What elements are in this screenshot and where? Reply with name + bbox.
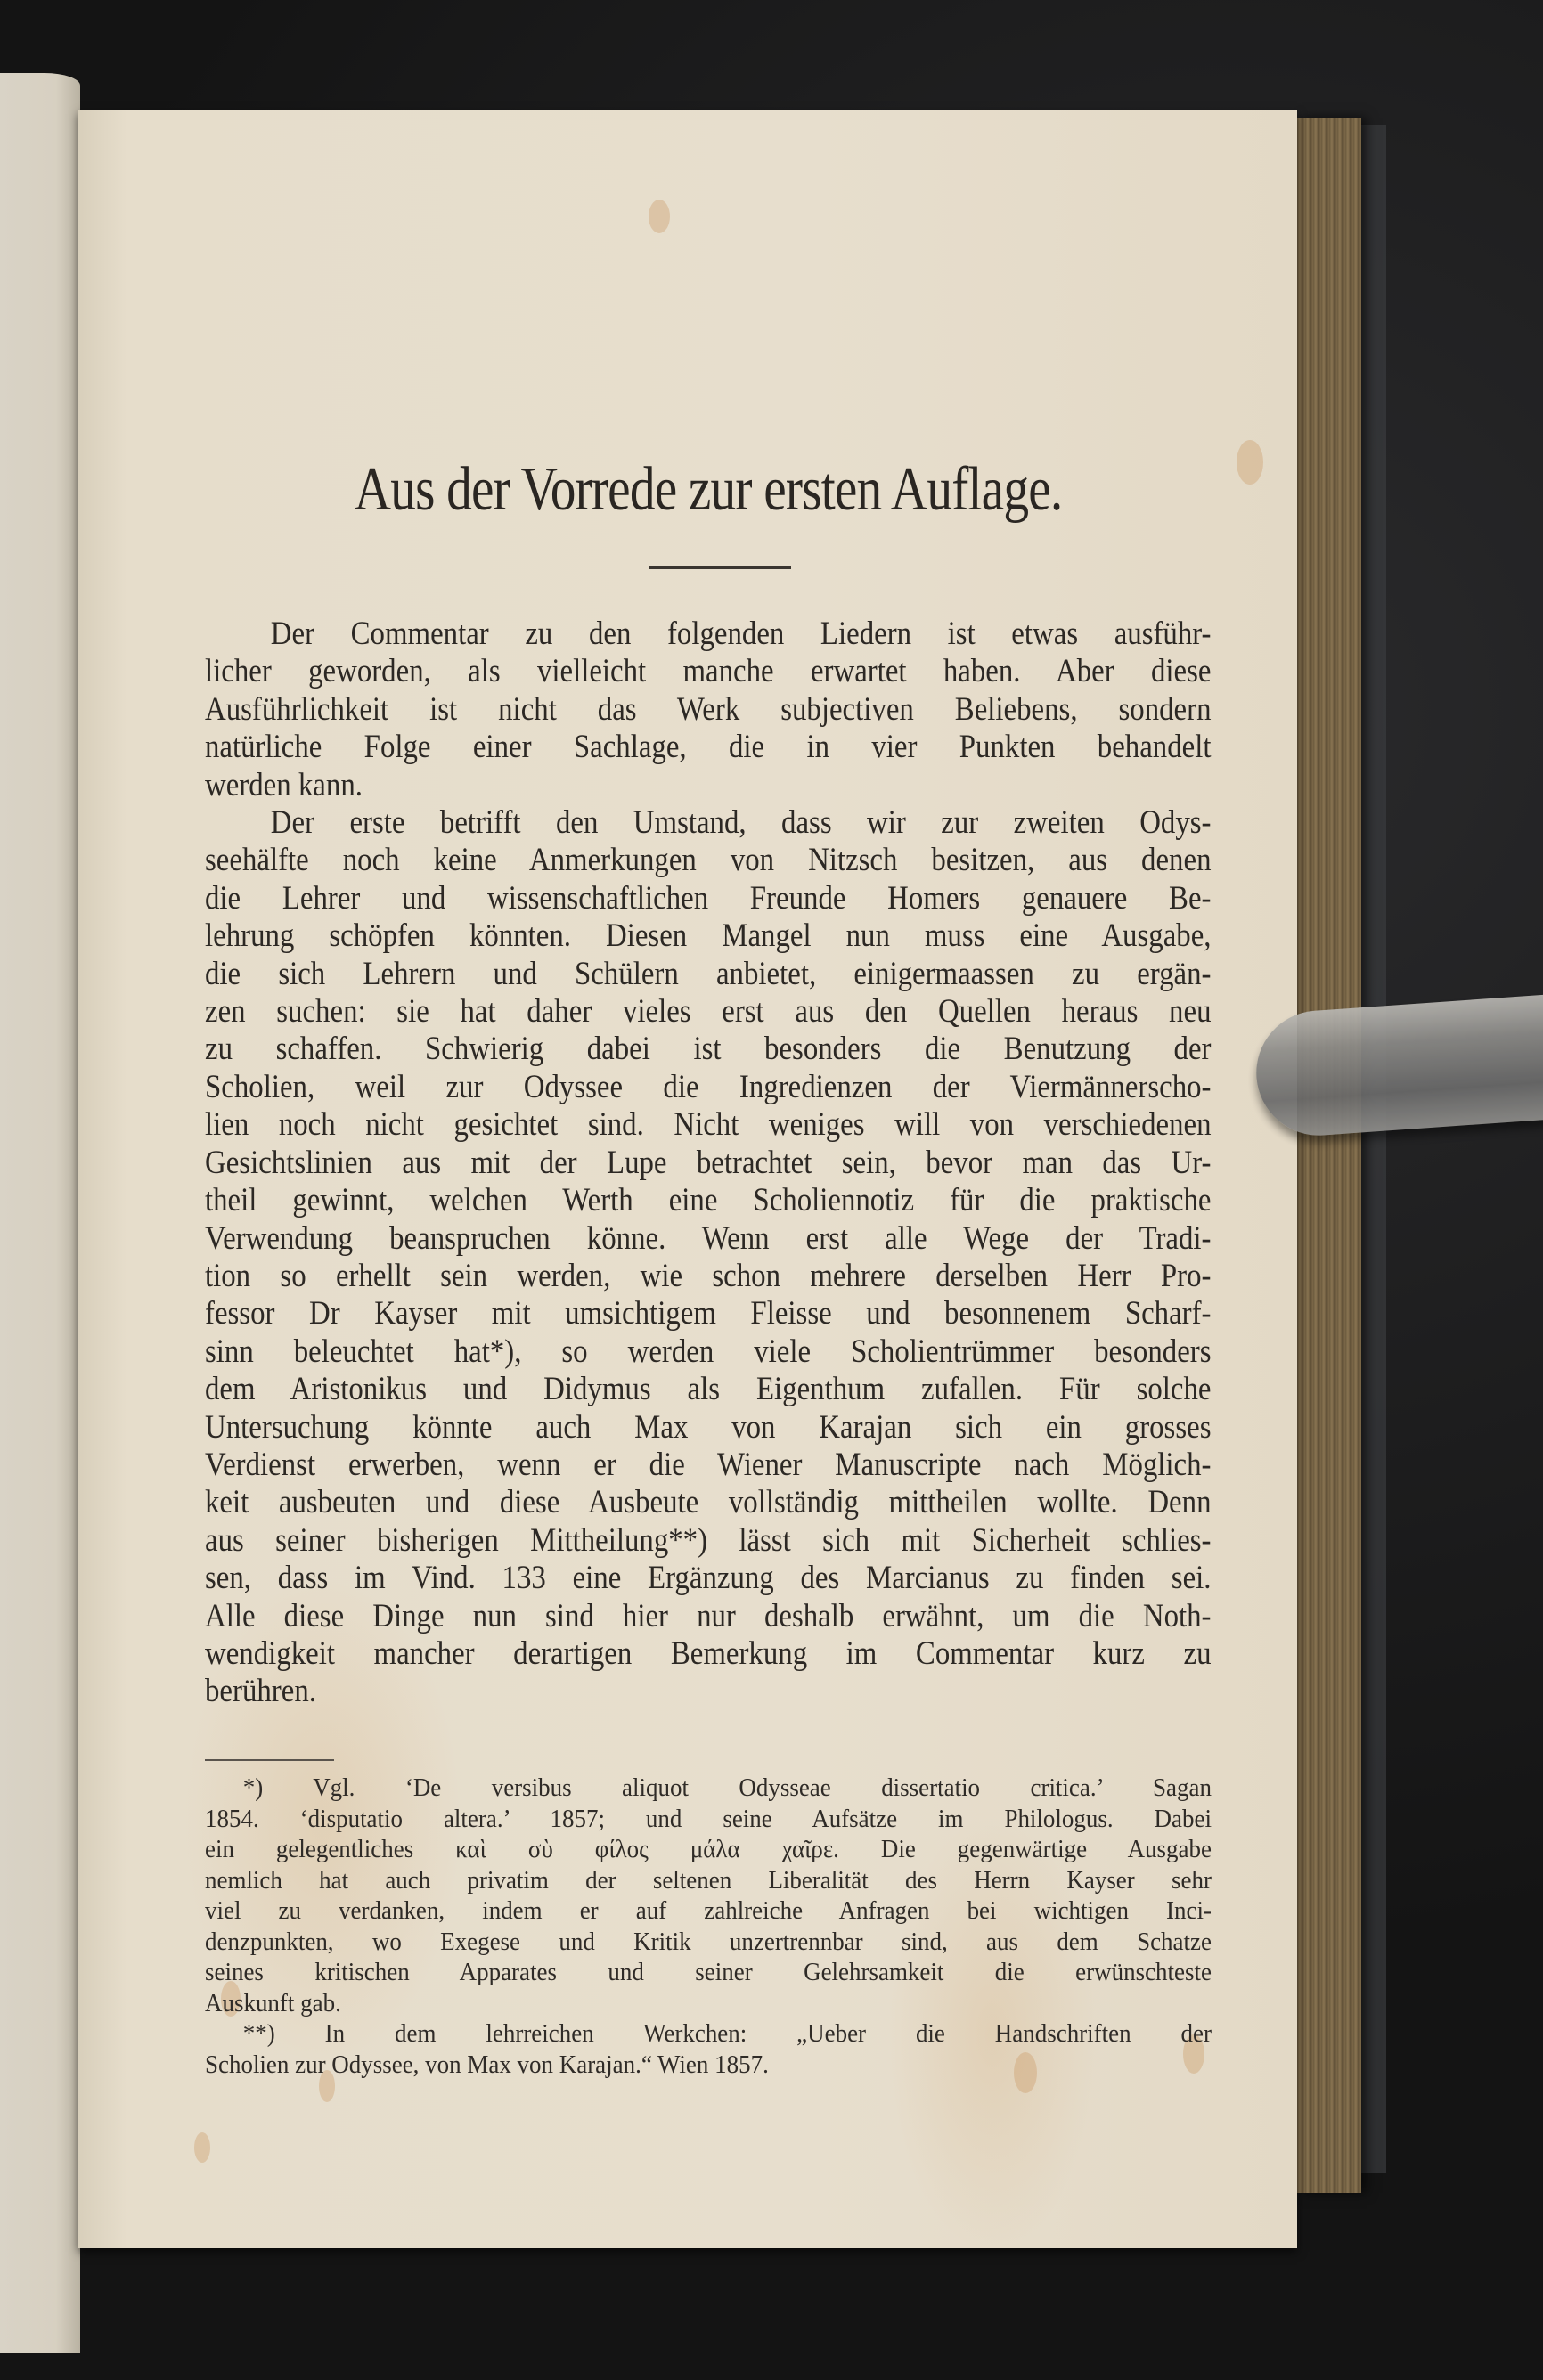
page-title: Aus der Vorrede zur ersten Auflage. (296, 454, 1122, 526)
text-line: zen suchen: sie hat daher vieles erst au… (205, 992, 1212, 1030)
text-line: sen, dass im Vind. 133 eine Ergänzung de… (205, 1559, 1212, 1596)
text-line: Alle diese Dinge nun sind hier nur desha… (205, 1597, 1212, 1634)
text-line: Der Commentar zu den folgenden Liedern i… (205, 615, 1212, 652)
text-line: keit ausbeuten und diese Ausbeute vollst… (205, 1483, 1212, 1520)
footnote-line: Scholien zur Odyssee, von Max von Karaja… (205, 2050, 1212, 2081)
text-line: lien noch nicht gesichtet sind. Nicht we… (205, 1105, 1212, 1143)
text-line: Gesichtslinien aus mit der Lupe betracht… (205, 1144, 1212, 1181)
text-line: lehrung schöpfen könnten. Diesen Mangel … (205, 917, 1212, 954)
text-line: dem Aristonikus und Didymus als Eigenthu… (205, 1370, 1212, 1407)
footnote-line: denzpunkten, wo Exegese und Kritik unzer… (205, 1927, 1212, 1958)
page-holder-spatula (1253, 995, 1543, 1140)
text-line: zu schaffen. Schwierig dabei ist besonde… (205, 1030, 1212, 1067)
text-line: aus seiner bisherigen Mittheilung**) läs… (205, 1521, 1212, 1559)
footnote-line: ein gelegentliches καὶ σὺ φίλος μάλα χαῖ… (205, 1834, 1212, 1865)
facing-page-edge (0, 73, 80, 2353)
footnote-line: seines kritischen Apparates und seiner G… (205, 1957, 1212, 1988)
footnote-line: **) In dem lehrreichen Werkchen: „Ueber … (205, 2018, 1212, 2050)
foxing-stain (1237, 440, 1263, 485)
text-line: fessor Dr Kayser mit umsichtigem Fleisse… (205, 1294, 1212, 1332)
text-line: Verwendung beanspruchen könne. Wenn erst… (205, 1219, 1212, 1257)
page-fore-edge (1297, 118, 1361, 2193)
footnotes: *) Vgl. ‘De versibus aliquot Odysseae di… (205, 1773, 1212, 2080)
text-line: theil gewinnt, welchen Werth eine Scholi… (205, 1181, 1212, 1219)
text-line: berühren. (205, 1672, 1212, 1709)
foxing-stain (194, 2132, 210, 2163)
footnote-rule (205, 1759, 334, 1761)
text-line: werden kann. (205, 766, 1212, 803)
footnote-line: *) Vgl. ‘De versibus aliquot Odysseae di… (205, 1773, 1212, 1804)
preface-body: Der Commentar zu den folgenden Liedern i… (205, 615, 1212, 1710)
text-line: die sich Lehrern und Schülern anbietet, … (205, 955, 1212, 992)
text-line: licher geworden, als vielleicht manche e… (205, 652, 1212, 689)
text-line: tion so erhellt sein werden, wie schon m… (205, 1257, 1212, 1294)
text-line: Verdienst erwerben, wenn er die Wiener M… (205, 1446, 1212, 1483)
footnote-line: 1854. ‘disputatio altera.’ 1857; und sei… (205, 1804, 1212, 1835)
book-cover-edge (1361, 125, 1386, 2173)
footnote-line: nemlich hat auch privatim der seltenen L… (205, 1865, 1212, 1896)
title-rule (649, 566, 791, 569)
footnote-line: viel zu verdanken, indem er auf zahlreic… (205, 1895, 1212, 1927)
text-line: Untersuchung könnte auch Max von Karajan… (205, 1408, 1212, 1446)
foxing-stain (649, 200, 670, 233)
text-line: wendigkeit mancher derartigen Bemerkung … (205, 1634, 1212, 1672)
text-line: die Lehrer und wissenschaftlichen Freund… (205, 879, 1212, 917)
text-line: Der erste betrifft den Umstand, dass wir… (205, 803, 1212, 841)
footnote-line: Auskunft gab. (205, 1988, 1212, 2019)
text-line: sinn beleuchtet hat*), so werden viele S… (205, 1333, 1212, 1370)
text-line: seehälfte noch keine Anmerkungen von Nit… (205, 841, 1212, 878)
text-line: Ausführlichkeit ist nicht das Werk subje… (205, 690, 1212, 728)
text-line: Scholien, weil zur Odyssee die Ingredien… (205, 1068, 1212, 1105)
text-line: natürliche Folge einer Sachlage, die in … (205, 728, 1212, 765)
